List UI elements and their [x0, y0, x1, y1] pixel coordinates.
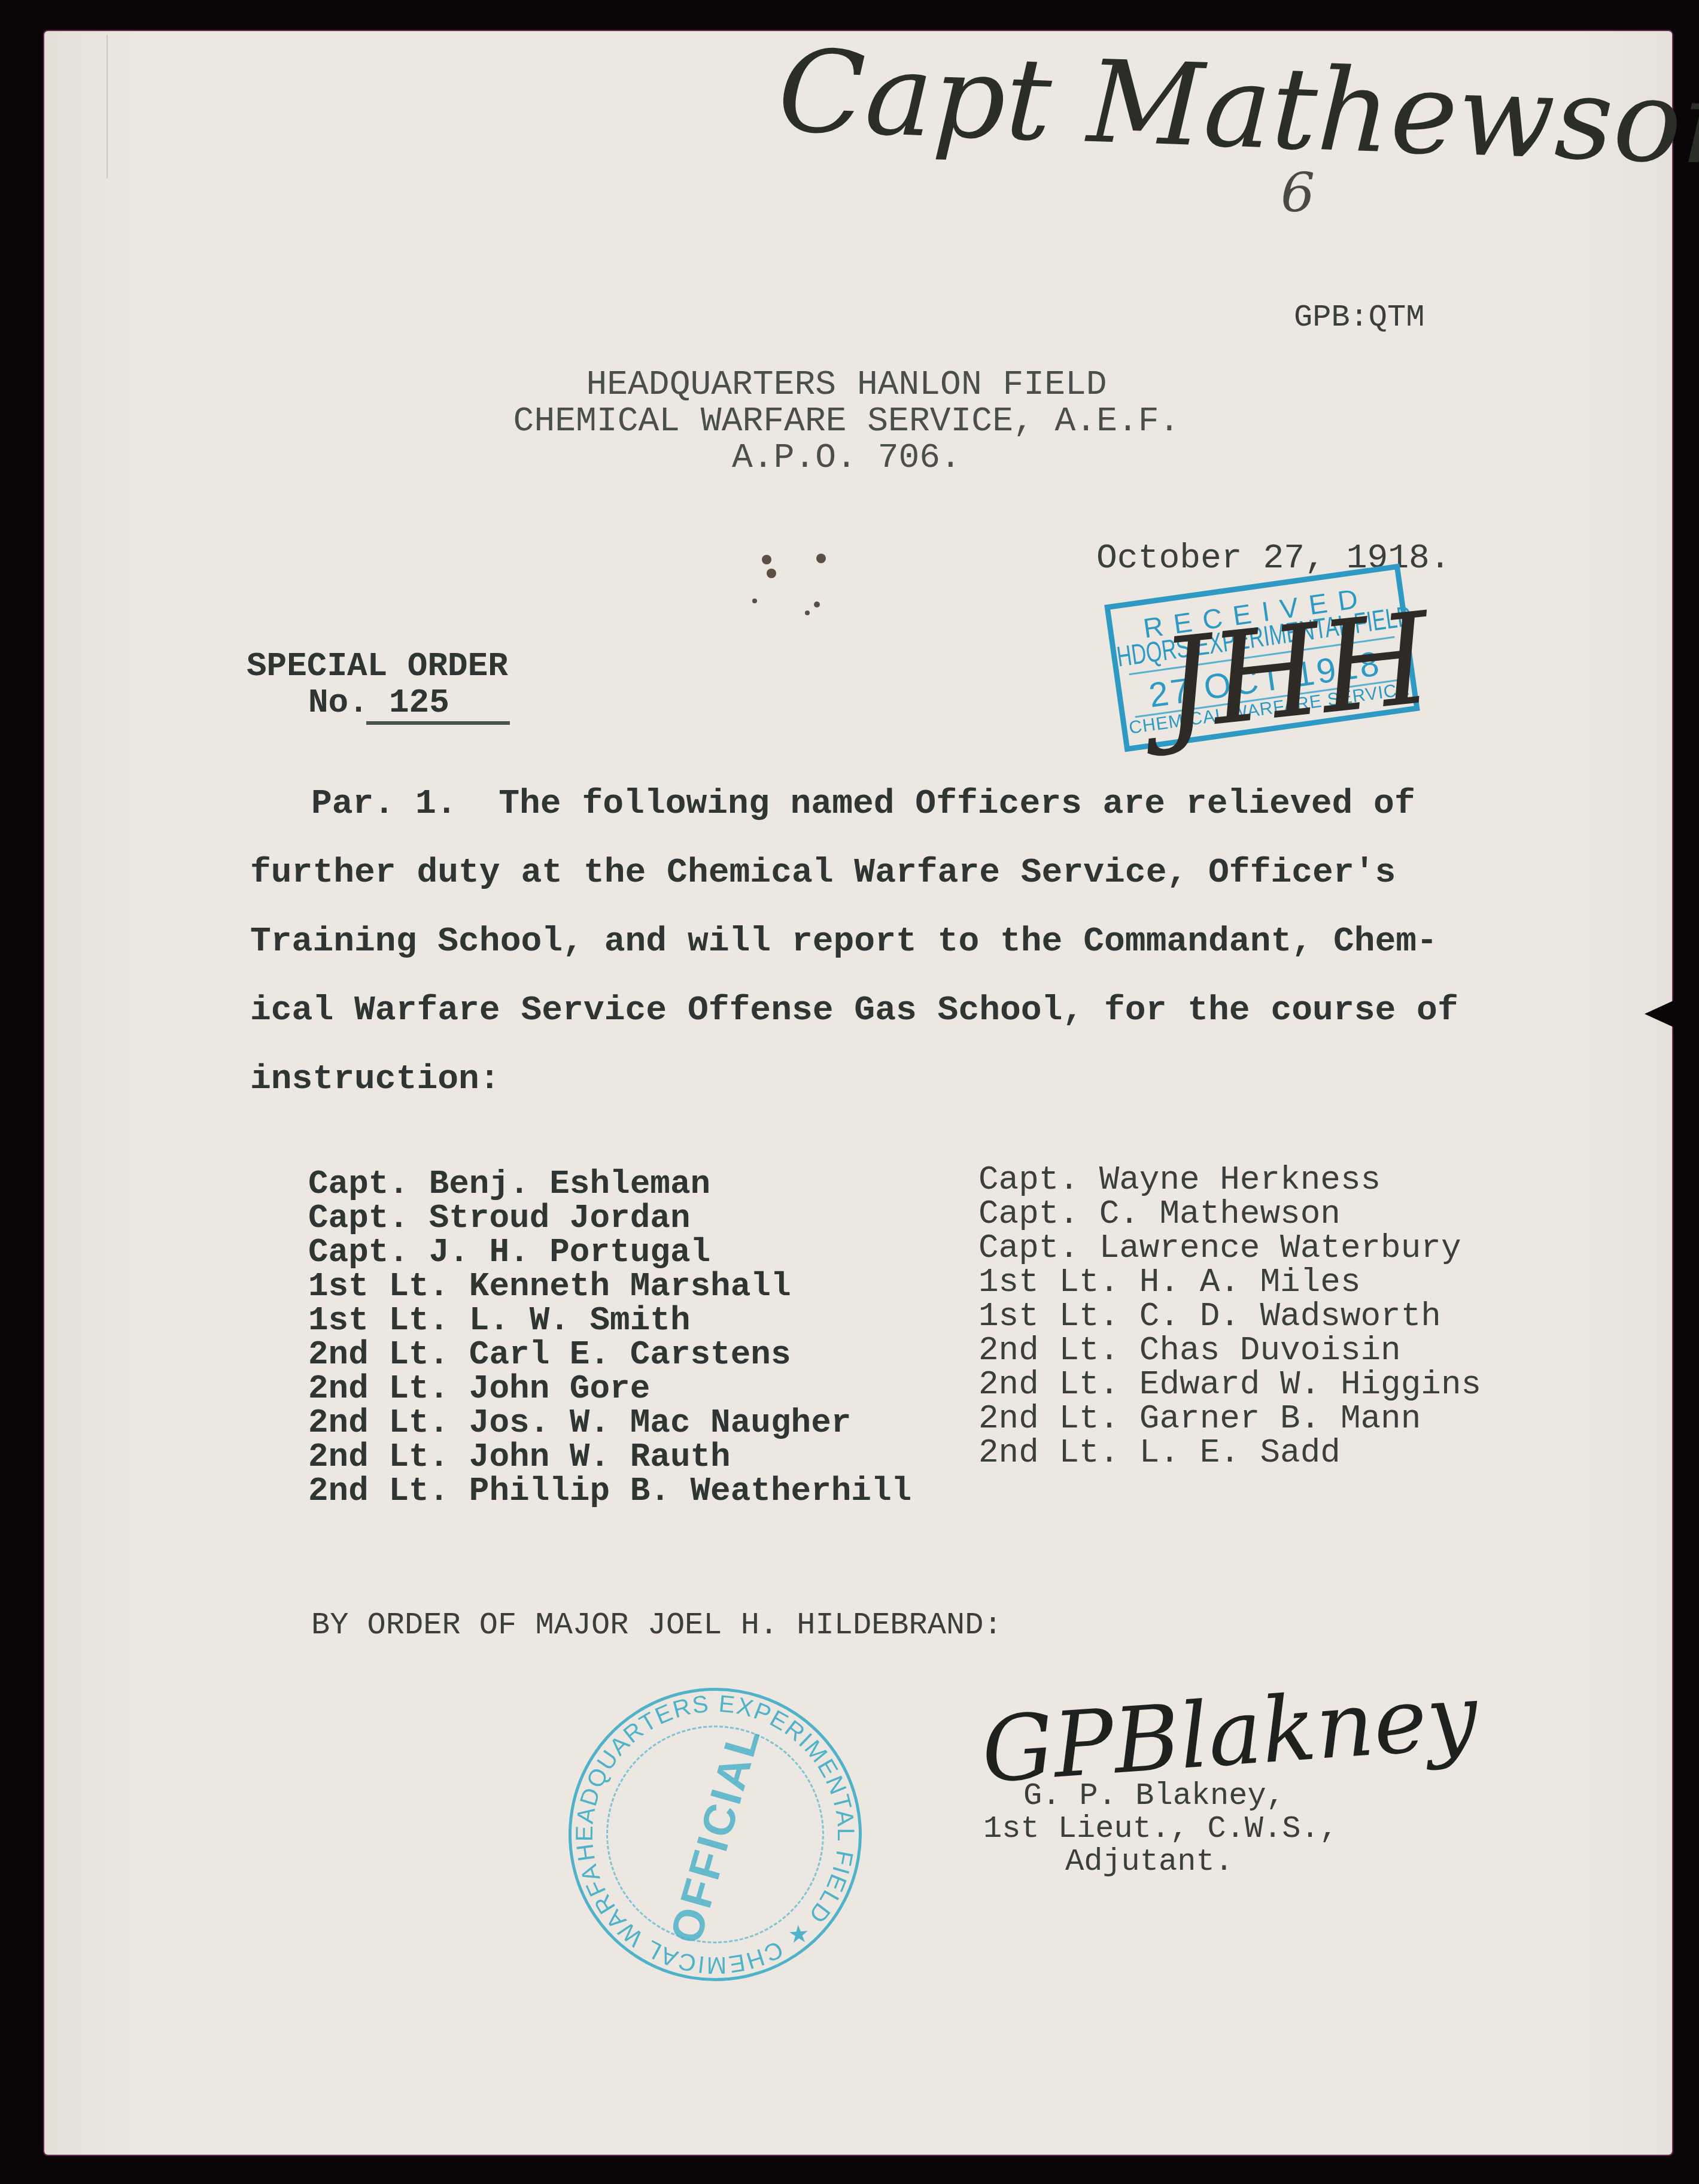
- letterhead-line-3: A.P.O. 706.: [0, 441, 1696, 476]
- officer-entry: 2nd Lt. Carl E. Carstens: [308, 1338, 791, 1371]
- paragraph-line-4: ical Warfare Service Offense Gas School,…: [250, 994, 1458, 1028]
- paper-crease: [107, 35, 108, 178]
- paper-tear: [1645, 1001, 1673, 1027]
- officer-entry: 2nd Lt. Chas Duvoisin: [978, 1334, 1401, 1367]
- signer-rank: 1st Lieut., C.W.S.,: [983, 1814, 1338, 1845]
- officer-entry: Capt. Stroud Jordan: [308, 1201, 691, 1235]
- paragraph-line-1: Par. 1. The following named Officers are…: [311, 787, 1415, 822]
- authority-line: BY ORDER OF MAJOR JOEL H. HILDEBRAND:: [311, 1610, 1002, 1641]
- handwritten-page-number: 6: [1281, 162, 1315, 224]
- officer-entry: Capt. Benj. Eshleman: [308, 1167, 710, 1201]
- officer-entry: 1st Lt. H. A. Miles: [978, 1265, 1361, 1299]
- officer-entry: 2nd Lt. Garner B. Mann: [978, 1402, 1421, 1435]
- officer-entry: 2nd Lt. Jos. W. Mac Naugher: [308, 1406, 851, 1439]
- officer-entry: 1st Lt. C. D. Wadsworth: [978, 1299, 1441, 1333]
- handwritten-initials: JHH: [1154, 585, 1437, 759]
- paragraph-line-3: Training School, and will report to the …: [250, 925, 1437, 959]
- officer-entry: 2nd Lt. John Gore: [308, 1372, 650, 1405]
- paragraph-line-5: instruction:: [250, 1062, 500, 1097]
- officer-entry: 1st Lt. Kenneth Marshall: [308, 1269, 791, 1303]
- officer-entry: Capt. Wayne Herkness: [978, 1163, 1381, 1196]
- officer-entry: Capt. J. H. Portugal: [308, 1235, 710, 1269]
- signer-title: Adjutant.: [1065, 1846, 1233, 1878]
- order-title: SPECIAL ORDER: [247, 649, 508, 683]
- officer-entry: Capt. Lawrence Waterbury: [978, 1231, 1461, 1265]
- paragraph-line-2: further duty at the Chemical Warfare Ser…: [250, 856, 1396, 891]
- order-number-label: No.: [308, 686, 369, 719]
- officer-entry: 2nd Lt. John W. Rauth: [308, 1440, 731, 1474]
- officer-entry: Capt. C. Mathewson: [978, 1197, 1341, 1231]
- letterhead-line-2: CHEMICAL WARFARE SERVICE, A.E.F.: [0, 405, 1696, 439]
- officer-entry: 2nd Lt. Phillip B. Weatherhill: [308, 1474, 911, 1508]
- letterhead-line-1: HEADQUARTERS HANLON FIELD: [0, 368, 1696, 403]
- officer-entry: 2nd Lt. L. E. Sadd: [978, 1436, 1341, 1469]
- officer-entry: 1st Lt. L. W. Smith: [308, 1304, 691, 1337]
- order-number-underline: [366, 721, 510, 725]
- reference-code: GPB:QTM: [1294, 302, 1424, 333]
- signer-name: G. P. Blakney,: [1023, 1781, 1285, 1812]
- officer-entry: 2nd Lt. Edward W. Higgins: [978, 1368, 1481, 1401]
- order-number: 125: [389, 686, 449, 719]
